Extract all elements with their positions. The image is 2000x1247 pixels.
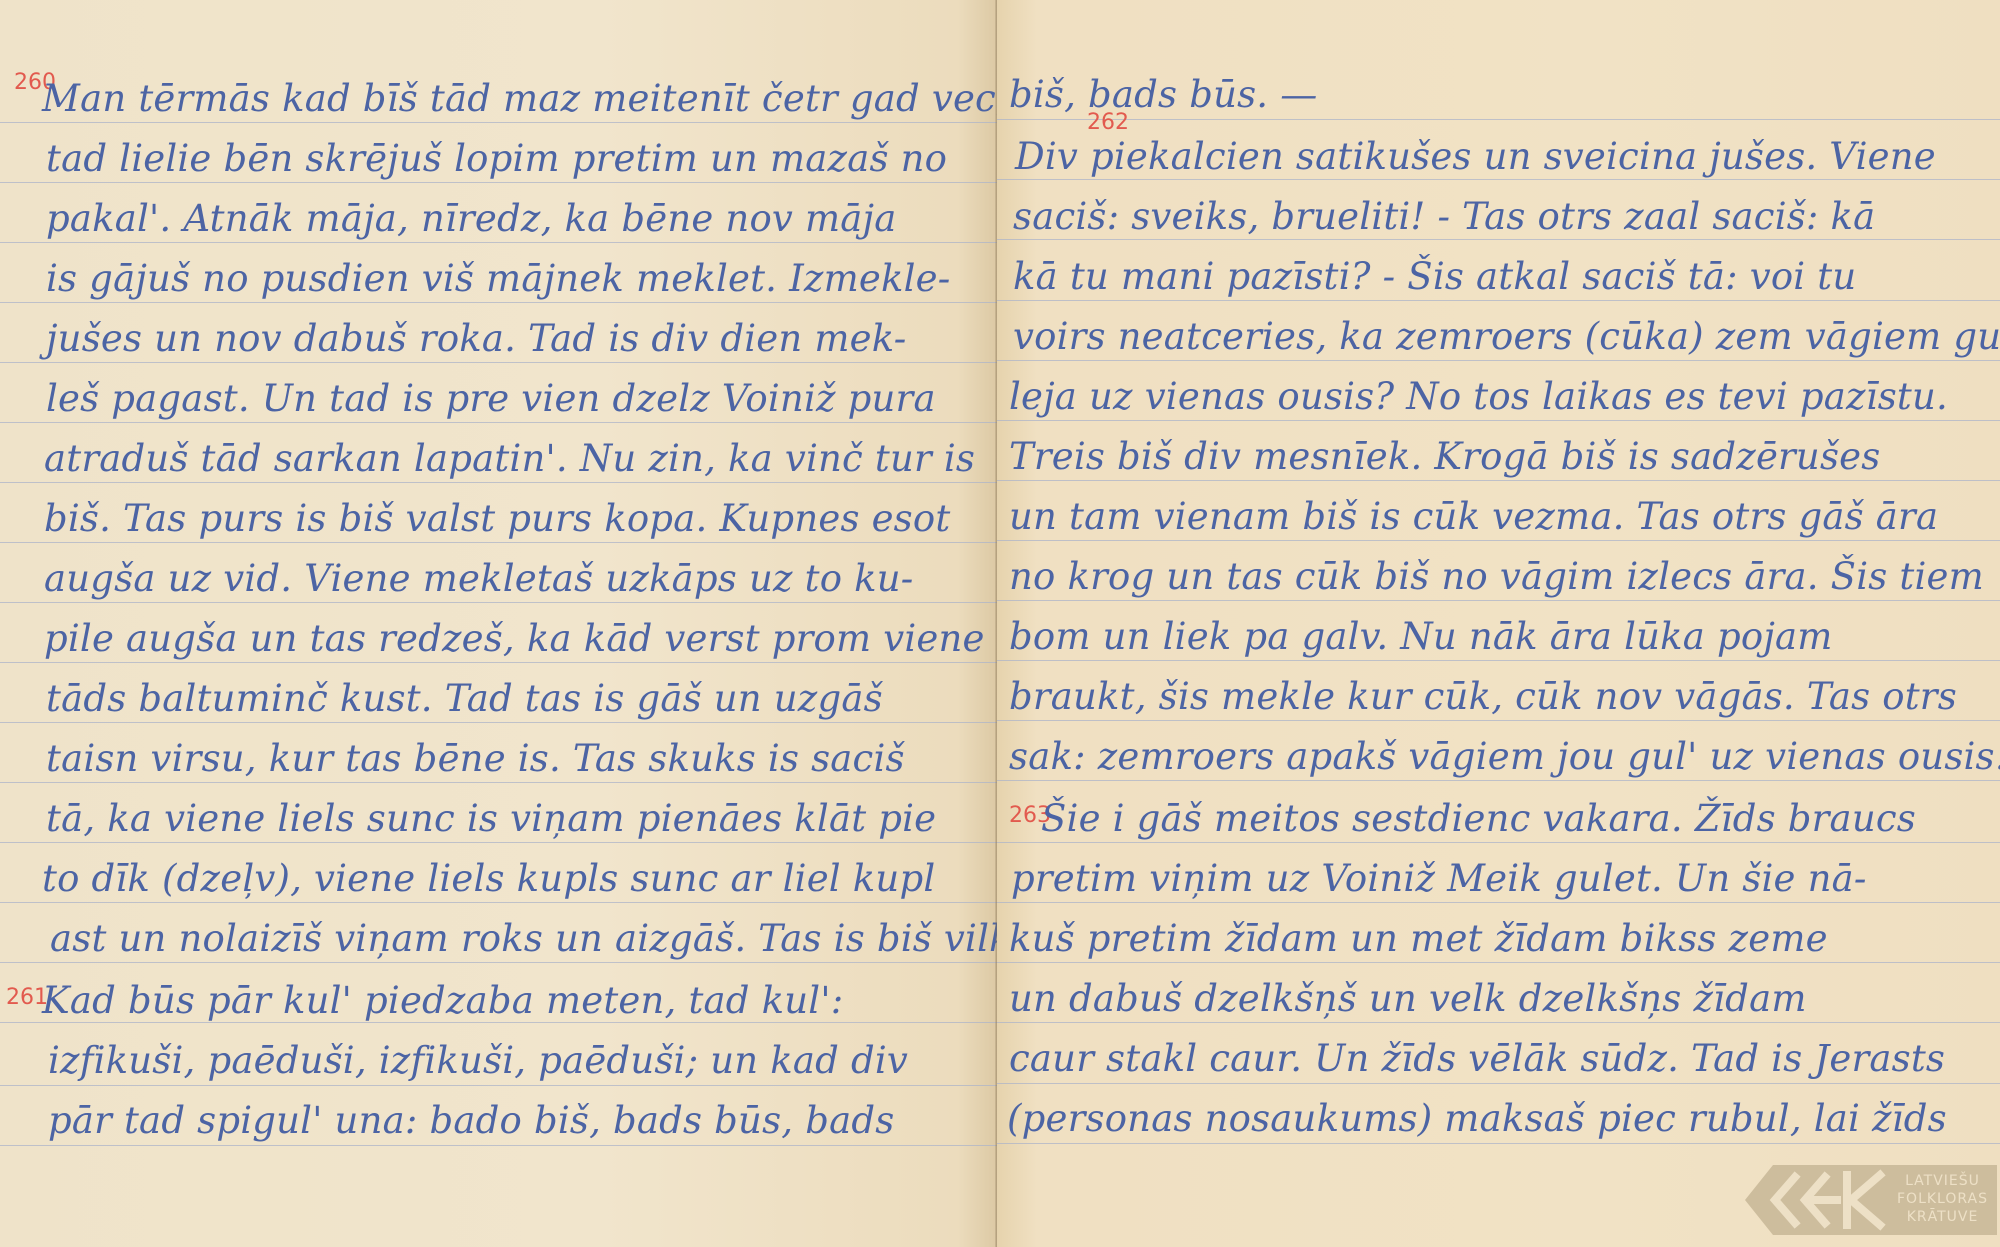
handwritten-line: pakal'. Atnāk māja, nīredz, ka bēne nov … bbox=[46, 200, 896, 237]
rule-line bbox=[997, 1083, 2000, 1084]
rule-line bbox=[997, 1143, 2000, 1144]
handwritten-line: leš pagast. Un tad is pre vien dzelz Voi… bbox=[46, 380, 936, 417]
rule-line bbox=[997, 902, 2000, 903]
handwritten-line: kā tu mani pazīsti? - Šis atkal saciš tā… bbox=[1013, 258, 1856, 295]
handwritten-line: leja uz vienas ousis? No tos laikas es t… bbox=[1009, 378, 1948, 415]
rule-line bbox=[997, 119, 2000, 120]
handwritten-line: un dabuš dzelkšņš un velk dzelkšņs žīdam bbox=[1009, 980, 1807, 1017]
rule-line bbox=[0, 422, 997, 423]
rule-line bbox=[0, 482, 997, 483]
handwritten-line: un tam vienam biš is cūk vezma. Tas otrs… bbox=[1009, 498, 1938, 535]
handwritten-line: (personas nosaukums) maksaš piec rubul, … bbox=[1007, 1100, 1947, 1137]
handwritten-line: pretim viņim uz Voiniž Meik gulet. Un ši… bbox=[1011, 860, 1867, 897]
rule-line bbox=[0, 1022, 997, 1023]
rule-line bbox=[997, 660, 2000, 661]
logo-line: FOLKLORAS bbox=[1895, 1190, 1990, 1208]
notebook-spread: 260 261 Man tērmās kad bīš tād maz meite… bbox=[0, 0, 2000, 1247]
rule-line bbox=[0, 782, 997, 783]
handwritten-line: sak: zemroers apakš vāgiem jou gul' uz v… bbox=[1009, 738, 2000, 775]
rule-line bbox=[997, 239, 2000, 240]
handwritten-line: voirs neatceries, ka zemroers (cūka) zem… bbox=[1013, 318, 2000, 355]
handwritten-line: caur stakl caur. Un žīds vēlāk sūdz. Tad… bbox=[1009, 1040, 1945, 1077]
rule-line bbox=[0, 842, 997, 843]
handwritten-line: biš. Tas purs is biš valst purs kopa. Ku… bbox=[44, 500, 950, 537]
handwritten-line: to dīk (dzeļv), viene liels kupls sunc a… bbox=[42, 860, 935, 897]
rule-line bbox=[0, 602, 997, 603]
logo-text: LATVIEŠU FOLKLORAS KRĀTUVE bbox=[1895, 1172, 1990, 1226]
logo-line: LATVIEŠU bbox=[1895, 1172, 1990, 1190]
rule-line bbox=[997, 540, 2000, 541]
rule-line bbox=[0, 302, 997, 303]
rule-line bbox=[0, 542, 997, 543]
rule-line bbox=[997, 300, 2000, 301]
right-page: 262 263 biš, bads būs. — Div piekalcien … bbox=[997, 0, 2000, 1247]
handwritten-line: taisn virsu, kur tas bēne is. Tas skuks … bbox=[46, 740, 905, 777]
left-page: 260 261 Man tērmās kad bīš tād maz meite… bbox=[0, 0, 997, 1247]
handwritten-line: saciš: sveiks, brueliti! - Tas otrs zaal… bbox=[1013, 198, 1875, 235]
rule-line bbox=[997, 360, 2000, 361]
handwritten-line: Treis biš div mesnīek. Krogā biš is sadz… bbox=[1009, 438, 1880, 475]
handwritten-line: pile augša un tas redzeš, ka kād verst p… bbox=[44, 620, 985, 657]
rule-line bbox=[997, 480, 2000, 481]
rule-line bbox=[0, 1145, 997, 1146]
rule-line bbox=[997, 780, 2000, 781]
handwritten-line: izfikuši, paēduši, izfikuši, paēduši; un… bbox=[48, 1042, 908, 1079]
rule-line bbox=[0, 362, 997, 363]
rule-line bbox=[997, 1022, 2000, 1023]
rule-line bbox=[997, 842, 2000, 843]
handwritten-line: no krog un tas cūk biš no vāgim izlecs ā… bbox=[1009, 558, 1984, 595]
rule-line bbox=[0, 122, 997, 123]
handwritten-line: Div piekalcien satikušes un sveicina juš… bbox=[1015, 138, 1936, 175]
handwritten-line: tā, ka viene liels sunc is viņam pienāes… bbox=[46, 800, 936, 837]
handwritten-line: pār tad spigul' una: bado biš, bads būs,… bbox=[48, 1102, 894, 1139]
handwritten-line: Šie i gāš meitos sestdienc vakara. Žīds … bbox=[1041, 800, 1916, 837]
rule-line bbox=[0, 722, 997, 723]
handwritten-line: jušes un nov dabuš roka. Tad is div dien… bbox=[46, 320, 906, 357]
archive-logo: LATVIEŠU FOLKLORAS KRĀTUVE bbox=[1745, 1165, 1997, 1235]
rule-line bbox=[0, 662, 997, 663]
handwritten-line: Man tērmās kad bīš tād maz meitenīt četr… bbox=[42, 80, 997, 117]
rule-line bbox=[0, 242, 997, 243]
handwritten-line: is gājuš no pusdien viš mājnek meklet. I… bbox=[46, 260, 950, 297]
handwritten-line: braukt, šis mekle kur cūk, cūk nov vāgās… bbox=[1009, 678, 1957, 715]
handwritten-line: tāds baltuminč kust. Tad tas is gāš un u… bbox=[46, 680, 883, 717]
rule-line bbox=[0, 182, 997, 183]
handwritten-line: Kad būs pār kul' piedzaba meten, tad kul… bbox=[42, 982, 843, 1019]
logo-line: KRĀTUVE bbox=[1895, 1208, 1990, 1226]
rule-line bbox=[997, 720, 2000, 721]
handwritten-line: atraduš tād sarkan lapatin'. Nu zin, ka … bbox=[44, 440, 975, 477]
handwritten-line: tad lielie bēn skrējuš lopim pretim un m… bbox=[46, 140, 947, 177]
rule-line bbox=[997, 179, 2000, 180]
rule-line bbox=[0, 902, 997, 903]
handwritten-line: ast un nolaizīš viņam roks un aizgāš. Ta… bbox=[50, 920, 997, 957]
rule-line bbox=[0, 962, 997, 963]
rule-line bbox=[997, 600, 2000, 601]
handwritten-line: kuš pretim žīdam un met žīdam bikss zeme bbox=[1009, 920, 1828, 957]
handwritten-line: augša uz vid. Viene mekletaš uzkāps uz t… bbox=[44, 560, 914, 597]
rule-line bbox=[997, 962, 2000, 963]
handwritten-line: bom un liek pa galv. Nu nāk āra lūka poj… bbox=[1009, 618, 1833, 655]
handwritten-line: biš, bads būs. — bbox=[1009, 76, 1317, 113]
rule-line bbox=[997, 420, 2000, 421]
rule-line bbox=[0, 1085, 997, 1086]
